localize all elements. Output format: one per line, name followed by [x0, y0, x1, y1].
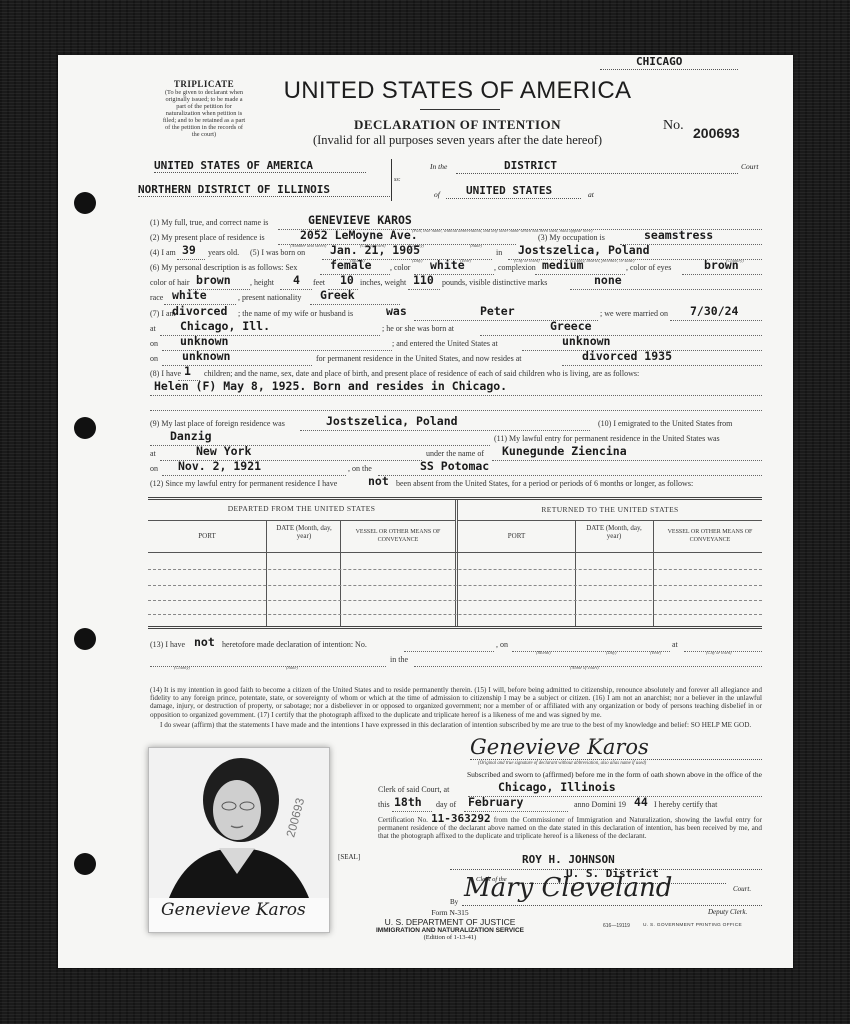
spouse-name-value: Peter [480, 304, 515, 318]
field-race-nationality: race white , present nationality Greek [150, 292, 762, 306]
deputy-signature: Mary Cleveland [464, 873, 672, 903]
absent-value: not [368, 474, 389, 488]
entry-name-value: Kunegunde Ziencina [502, 444, 627, 458]
copy-block: TRIPLICATE (To be given to declarant whe… [162, 79, 246, 138]
punch-hole [74, 853, 96, 875]
q2-label: (2) My present place of residence is [150, 233, 265, 242]
year-value: 44 [634, 795, 648, 809]
q13-label: (13) I have [150, 640, 185, 649]
of-label: of [434, 190, 440, 199]
at-label: at [588, 190, 594, 199]
court-suffix: Court. [733, 885, 751, 893]
court-type-line: DISTRICT [456, 159, 738, 174]
marks-value: none [594, 273, 622, 287]
field-hair-height: color of hair brown , height 4 feet 10 i… [150, 277, 762, 291]
venue-brace [391, 159, 392, 201]
oath-paragraph: (14) It is my intention in good faith to… [150, 686, 762, 719]
spouse-entered-value: unknown [562, 334, 610, 348]
field-jurat-date: this 18th day of February anno Domini 19… [378, 799, 762, 813]
spouse-resides-label: for permanent residence in the United St… [316, 354, 522, 363]
declaration-number: 200693 [693, 125, 740, 141]
field-absences: (12) Since my lawful entry for permanent… [150, 478, 762, 492]
deputy-label: Deputy Clerk. [708, 908, 747, 916]
married-at-label: at [150, 324, 156, 333]
col-vessel: VESSEL OR OTHER MEANS OF CONVEYANCE [658, 528, 762, 544]
on-label: on [150, 339, 158, 348]
col-vessel: VESSEL OR OTHER MEANS OF CONVEYANCE [346, 528, 450, 544]
title-rule [420, 109, 500, 110]
spouse-label: ; the name of my wife or husband is [238, 309, 353, 318]
spouse-born-label: ; he or she was born at [382, 324, 454, 333]
birth-date-value: Jan. 21, 1905 [330, 243, 420, 257]
spouse-entry-date-value: unknown [182, 349, 230, 363]
spouse-resides-value: divorced 1935 [582, 349, 672, 363]
q12-label: (12) Since my lawful entry for permanent… [150, 479, 337, 488]
occupation-value: seamstress [644, 228, 713, 242]
on-label: on [150, 464, 158, 473]
oath-swear: I do swear (affirm) that the statements … [150, 721, 762, 729]
day-value: 18th [394, 795, 422, 809]
anno-label: anno Domini 19 [574, 800, 626, 809]
col-date: DATE (Month, day, year) [584, 524, 644, 540]
form-subtitle: (Invalid for all purposes seven years af… [270, 133, 645, 148]
form-number: Form N-315 [350, 908, 550, 917]
caption: (County) [174, 665, 190, 670]
entry-date-value: Nov. 2, 1921 [178, 459, 261, 473]
country-title: UNITED STATES OF AMERICA [280, 77, 635, 105]
weight-value: 110 [413, 273, 434, 287]
vessel-label: , on the [348, 464, 372, 473]
col-date: DATE (Month, day, year) [276, 524, 332, 540]
entry-vessel-value: SS Potomac [420, 459, 489, 473]
entry-name-label: under the name of [426, 449, 484, 458]
punch-hole [74, 417, 96, 439]
last-foreign-residence-value: Jostszelica, Poland [326, 414, 458, 428]
copy-note: (To be given to declarant when originall… [162, 89, 246, 138]
seal-label: [SEAL] [338, 853, 360, 861]
portrait-image: 200693 [149, 748, 329, 898]
court-label: Court [741, 162, 759, 171]
q10-label: (10) I emigrated to the United States fr… [598, 419, 732, 428]
field-prior-declaration: (13) I have not heretofore made declarat… [150, 639, 762, 653]
court-city-line: CHICAGO [600, 55, 738, 70]
form-footer: Form N-315 U. S. DEPARTMENT OF JUSTICE I… [350, 908, 550, 941]
subscribed-text: Subscribed and sworn to (affirmed) befor… [396, 770, 762, 779]
edition: (Edition of 1-13-41) [350, 934, 550, 941]
departed-header: DEPARTED FROM THE UNITED STATES [148, 505, 455, 513]
court-of-line: UNITED STATES [446, 184, 581, 199]
department: U. S. DEPARTMENT OF JUSTICE [350, 917, 550, 927]
q11-label: (11) My lawful entry for permanent resid… [494, 434, 720, 443]
q5-label: (5) I was born on [250, 248, 305, 257]
signature-caption: (Original and true signature of declaran… [478, 761, 646, 766]
birth-place-value: Jostszelica, Poland [518, 243, 650, 257]
q3-label: (3) My occupation is [538, 233, 605, 242]
punch-hole [74, 628, 96, 650]
height-label: , height [250, 278, 274, 287]
field-children-details: Helen (F) May 8, 1925. Born and resides … [150, 383, 762, 397]
married-on-value: 7/30/24 [690, 304, 738, 318]
eyes-value: brown [704, 258, 739, 272]
number-label: No. [663, 118, 684, 134]
q8-label: (8) I have [150, 369, 181, 378]
court-type: DISTRICT [504, 159, 557, 172]
feet-label: feet [313, 278, 325, 287]
q1-label: (1) My full, true, and correct name is [150, 218, 268, 227]
clerk-name: ROY H. JOHNSON [522, 853, 615, 866]
field-description: (6) My personal description is as follow… [150, 262, 762, 276]
on-label: on [150, 354, 158, 363]
print-code: 616—19119 [603, 923, 630, 929]
years-old-label: years old. [208, 248, 239, 257]
travel-table: DEPARTED FROM THE UNITED STATES RETURNED… [148, 497, 762, 629]
spouse-birth-date-value: unknown [180, 334, 228, 348]
punch-hole [74, 192, 96, 214]
in-the-label: In the [430, 162, 447, 171]
clerk-at-label: Clerk of said Court, at [378, 785, 449, 794]
marks-label: pounds, visible distinctive marks [442, 278, 547, 287]
certification-block: Certification No. 11-363292 from the Com… [378, 815, 762, 840]
entry-port-value: New York [196, 444, 251, 458]
col-port: PORT [458, 532, 575, 540]
sex-value: female [330, 258, 372, 272]
hair-value: brown [196, 273, 231, 287]
in-the-label: in the [390, 655, 408, 664]
field-last-foreign-residence: (9) My last place of foreign residence w… [150, 418, 762, 432]
q8-label-b: children; and the name, sex, date and pl… [204, 369, 639, 378]
race-value: white [172, 288, 207, 302]
court-of: UNITED STATES [466, 184, 552, 197]
service: IMMIGRATION AND NATURALIZATION SERVICE [350, 927, 550, 934]
field-entry-date: on Nov. 2, 1921 , on the SS Potomac [150, 463, 762, 477]
blank-line [150, 398, 762, 412]
married-on-label: ; we were married on [600, 309, 668, 318]
deputy-line [462, 905, 762, 906]
complexion-label: , complexion [494, 263, 536, 272]
q4-label: (4) I am [150, 248, 176, 257]
residence-value: 2052 LeMoyne Ave. [300, 228, 418, 242]
inches-label: inches, weight [360, 278, 406, 287]
nationality-label: , present nationality [238, 293, 301, 302]
spouse-entered-label: ; and entered the United States at [392, 339, 498, 348]
signature-line [470, 759, 762, 760]
this-label: this [378, 800, 390, 809]
emigrated-from-value: Danzig [170, 429, 212, 443]
field-married-at: at Chicago, Ill. ; he or she was born at… [150, 323, 762, 337]
in-label: in [496, 248, 502, 257]
copy-label: TRIPLICATE [162, 79, 246, 89]
q6-label: (6) My personal description is as follow… [150, 263, 297, 272]
caption: (State) [286, 665, 298, 670]
at-label: at [672, 640, 678, 649]
caption: (Name of court) [570, 665, 599, 670]
field-spouse-residence: on unknown for permanent residence in th… [150, 353, 762, 367]
field-residence: (2) My present place of residence is 205… [150, 232, 762, 246]
height-inches-value: 10 [340, 273, 354, 287]
q9-label: (9) My last place of foreign residence w… [150, 419, 285, 428]
declaration-document: TRIPLICATE (To be given to declarant whe… [58, 55, 793, 968]
at-label: at [150, 449, 156, 458]
by-label: By [450, 898, 458, 906]
photo-signature: Genevieve Karos [161, 900, 306, 920]
venue-state-line1: UNITED STATES OF AMERICA [154, 159, 366, 173]
prior-declaration-value: not [194, 635, 215, 649]
col-port: PORT [148, 532, 266, 540]
certify-label: I hereby certify that [654, 800, 717, 809]
complexion-value: medium [542, 258, 584, 272]
printer: U. S. GOVERNMENT PRINTING OFFICE [643, 923, 742, 928]
clerk-location-value: Chicago, Illinois [498, 780, 616, 794]
race-label: race [150, 293, 163, 302]
eyes-label: , color of eyes [626, 263, 671, 272]
on-label: , on [496, 640, 508, 649]
married-at-value: Chicago, Ill. [180, 319, 270, 333]
ss-label: ss: [394, 177, 401, 183]
day-of-label: day of [436, 800, 456, 809]
declarant-signature: Genevieve Karos [470, 735, 649, 759]
declarant-photo: 200693 Genevieve Karos [148, 747, 330, 933]
field-clerk-location: Clerk of said Court, at Chicago, Illinoi… [378, 784, 762, 798]
q12-label-b: been absent from the United States, for … [396, 479, 693, 488]
marital-status-value: divorced [172, 304, 227, 318]
age-value: 39 [182, 243, 196, 257]
hair-label: color of hair [150, 278, 190, 287]
month-value: February [468, 795, 523, 809]
children-details-value: Helen (F) May 8, 1925. Born and resides … [154, 379, 507, 393]
height-feet-value: 4 [293, 273, 300, 287]
court-city: CHICAGO [636, 55, 682, 68]
nationality-value: Greek [320, 288, 355, 302]
spouse-prefix: was [386, 304, 407, 318]
color-label: , color [390, 263, 410, 272]
spouse-born-value: Greece [550, 319, 592, 333]
children-count-value: 1 [184, 364, 191, 378]
form-title: DECLARATION OF INTENTION [280, 117, 635, 133]
color-value: white [430, 258, 465, 272]
full-name-value: GENEVIEVE KAROS [308, 213, 412, 227]
q13-label-b: heretofore made declaration of intention… [222, 640, 367, 649]
field-prior-court: (County) (State) in the (Name of court) [150, 654, 762, 668]
cert-label: Certification No. [378, 816, 428, 824]
venue-state-line2: NORTHERN DISTRICT OF ILLINOIS [138, 183, 390, 197]
returned-header: RETURNED TO THE UNITED STATES [458, 506, 762, 514]
